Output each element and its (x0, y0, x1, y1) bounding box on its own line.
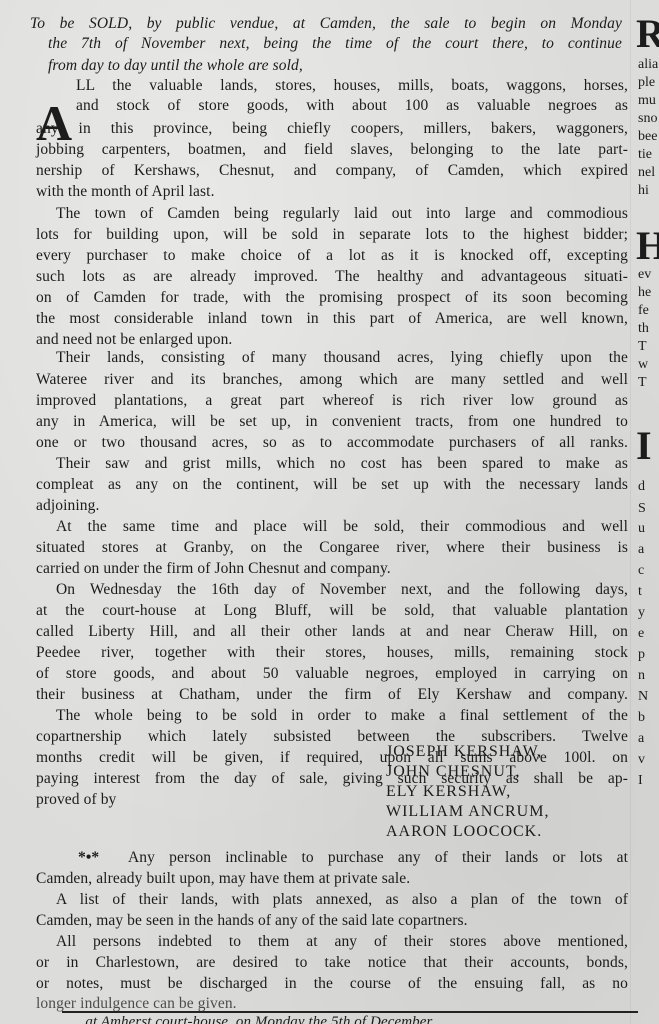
para1-line-1: LL the valuable lands, stores, houses, m… (76, 76, 628, 96)
signatory-3: ELY KERSHAW, (386, 782, 511, 802)
right-fragment: y (638, 604, 645, 622)
para2-line-5: on of Camden for trade, with the promisi… (36, 288, 628, 308)
right-fragment: n (638, 667, 645, 685)
right-fragment: hi (638, 182, 649, 200)
right-fragment: d (638, 478, 645, 496)
para3-line-4: any in America, will be set up, in conve… (36, 412, 628, 432)
para7-line-1: The whole being to be sold in order to m… (56, 706, 628, 726)
right-fragment: t (638, 583, 642, 601)
signatory-1: JOSEPH KERSHAW, (386, 742, 542, 762)
para4-line-2: compleat as any on the continent, will b… (36, 475, 628, 495)
adjacent-column: R alia ple mu sno bee tie nel hi H ev he… (636, 0, 659, 1024)
right-fragment: ev (638, 266, 651, 284)
nota-bene-mark: *•* (78, 848, 118, 868)
right-fragment: ple (638, 74, 655, 92)
right-fragment: nel (638, 164, 655, 182)
para3-line-2: Wateree river and its branches, among wh… (36, 370, 628, 390)
right-fragment: I (638, 772, 643, 790)
para6-line-6: their business at Chatham, under the fir… (36, 685, 628, 705)
para2-line-4: such lots as are already improved. The h… (36, 267, 628, 287)
para1-line-4: jobbing carpenters, boatmen, and field s… (36, 140, 628, 160)
para6-line-2: at the court-house at Long Bluff, will b… (36, 601, 628, 621)
para6-line-3: called Liberty Hill, and all their other… (36, 622, 628, 642)
para3-line-1: Their lands, consisting of many thousand… (56, 348, 628, 368)
para9-line-2: Camden, may be seen in the hands of any … (36, 911, 628, 931)
para6-line-5: of store goods, and about 50 valuable ne… (36, 664, 628, 684)
right-fragment: a (638, 730, 644, 748)
para5-line-2: situated stores at Granby, on the Congar… (36, 538, 628, 558)
newspaper-page: To be SOLD, by public vendue, at Camden,… (0, 0, 659, 1024)
para6-line-4: Peedee river, together with their stores… (36, 643, 628, 663)
para2-line-6: the most considerable inland town in thi… (36, 309, 628, 329)
signatory-4: WILLIAM ANCRUM, (386, 802, 549, 822)
right-fragment: alia (638, 56, 658, 74)
ad-header-line-3: from day to day until the whole are sold… (48, 56, 640, 76)
right-fragment: w (638, 356, 648, 374)
right-fragment: u (638, 520, 645, 538)
para3-line-5: one or two thousand acres, so as to acco… (36, 433, 628, 453)
para2-line-1: The town of Camden being regularly laid … (56, 204, 628, 224)
right-fragment: T (638, 374, 647, 392)
signatory-2: JOHN CHESNUT, (386, 762, 520, 782)
para4-line-1: Their saw and grist mills, which no cost… (56, 454, 628, 474)
para3-line-3: improved plantations, a great part where… (36, 391, 628, 411)
right-fragment: b (638, 709, 645, 727)
para10-line-1: All persons indebted to them at any of t… (56, 932, 628, 952)
para6-line-1: On Wednesday the 16th day of November ne… (56, 580, 628, 600)
next-ad-line: ... at Amherst court-house, on Monday th… (70, 1012, 630, 1024)
column-gutter (630, 0, 631, 1024)
right-fragment: c (638, 562, 644, 580)
para5-line-3: carried on under the firm of John Chesnu… (36, 559, 628, 579)
para4-line-3: adjoining. (36, 496, 628, 516)
para7-line-4: paying interest from the day of sale, gi… (36, 769, 628, 789)
right-fragment: sno (638, 110, 657, 128)
right-fragment: a (638, 541, 644, 559)
para2-line-2: lots for building upon, will be sold in … (36, 225, 628, 245)
right-fragment: p (638, 646, 645, 664)
para2-line-3: every purchaser to make choice of a lot … (36, 246, 628, 266)
right-fragment: v (638, 751, 645, 769)
para10-line-3: or notes, must be discharged in the cour… (36, 974, 628, 994)
right-fragment: mu (638, 92, 656, 110)
para2-line-7: and need not be enlarged upon. (36, 330, 628, 350)
para9-line-1: A list of their lands, with plats annexe… (56, 890, 628, 910)
para5-line-1: At the same time and place will be sold,… (56, 517, 628, 537)
right-drop-cap-1: R (636, 14, 659, 54)
signatory-5: AARON LOOCOCK. (386, 822, 542, 842)
right-fragment: th (638, 320, 649, 338)
para8-line-1: Any person inclinable to purchase any of… (128, 848, 628, 868)
right-fragment: tie (638, 146, 652, 164)
para1-line-6: with the month of April last. (36, 182, 628, 202)
right-fragment: fe (638, 302, 649, 320)
para1-line-3: any in this province, being chiefly coop… (36, 119, 628, 139)
ad-header-line-1: To be SOLD, by public vendue, at Camden,… (30, 14, 622, 34)
para10-line-2: or in Charlestown, are desired to take n… (36, 953, 628, 973)
ad-header-line-2: the 7th of November next, being the time… (48, 34, 622, 54)
para1-line-2: and stock of store goods, with about 100… (76, 96, 628, 116)
para8-line-2: Camden, already built upon, may have the… (36, 869, 628, 889)
para1-line-5: nership of Kershaws, Chesnut, and compan… (36, 161, 628, 181)
right-fragment: bee (638, 128, 657, 146)
right-drop-cap-2: H (636, 226, 659, 266)
right-fragment: e (638, 625, 644, 643)
right-fragment: N (638, 688, 648, 706)
right-drop-cap-3: I (636, 426, 652, 466)
right-fragment: he (638, 284, 651, 302)
right-fragment: S (638, 500, 646, 518)
right-fragment: T (638, 338, 647, 356)
